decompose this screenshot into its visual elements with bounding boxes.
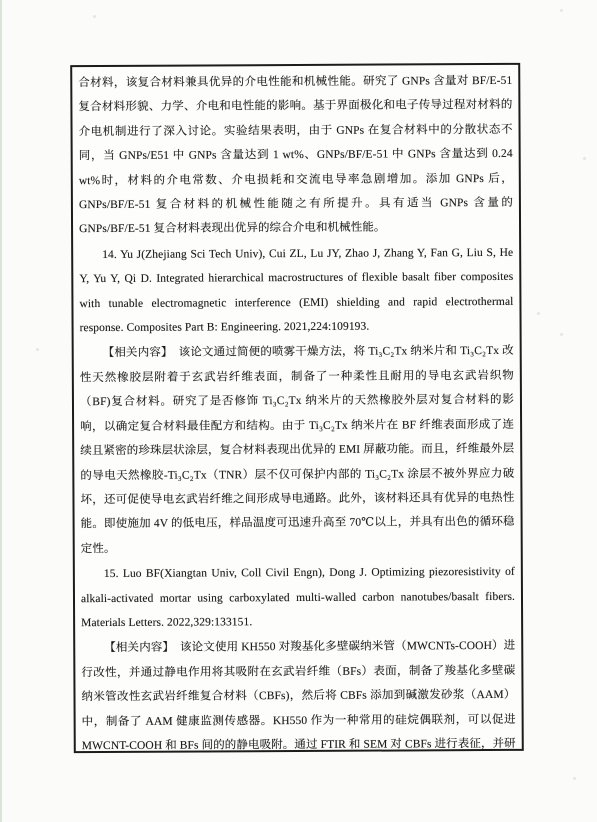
- related-content-14: 【相关内容】 该论文通过简便的喷雾干燥方法，将 Ti₃C₂Tx 纳米片和 Ti₃…: [80, 339, 515, 561]
- scan-speck: [36, 348, 39, 351]
- paragraph-body-continuation: 合材料，该复合材料兼具优异的介电性能和机械性能。研究了 GNPs 含量对 BF/…: [78, 69, 513, 242]
- scan-speck: [573, 777, 576, 780]
- scan-speck: [560, 9, 563, 12]
- scan-speck: [537, 312, 540, 315]
- related-content-15: 【相关内容】 该论文使用 KH550 对羧基化多壁碳纳米管（MWCNTs-COO…: [81, 634, 516, 753]
- reference-entry-14: 14. Yu J(Zhejiang Sci Tech Univ), Cui ZL…: [79, 241, 514, 341]
- scan-speck: [583, 157, 586, 160]
- text-frame-border: 合材料，该复合材料兼具优异的介电性能和机械性能。研究了 GNPs 含量对 BF/…: [70, 63, 524, 753]
- scan-speck: [93, 15, 96, 18]
- scanned-document-page: 合材料，该复合材料兼具优异的介电性能和机械性能。研究了 GNPs 含量对 BF/…: [0, 0, 597, 822]
- reference-entry-15: 15. Luo BF(Xiangtan Univ, Coll Civil Eng…: [81, 560, 515, 635]
- scan-left-edge: [0, 0, 2, 822]
- scan-speck: [560, 333, 563, 336]
